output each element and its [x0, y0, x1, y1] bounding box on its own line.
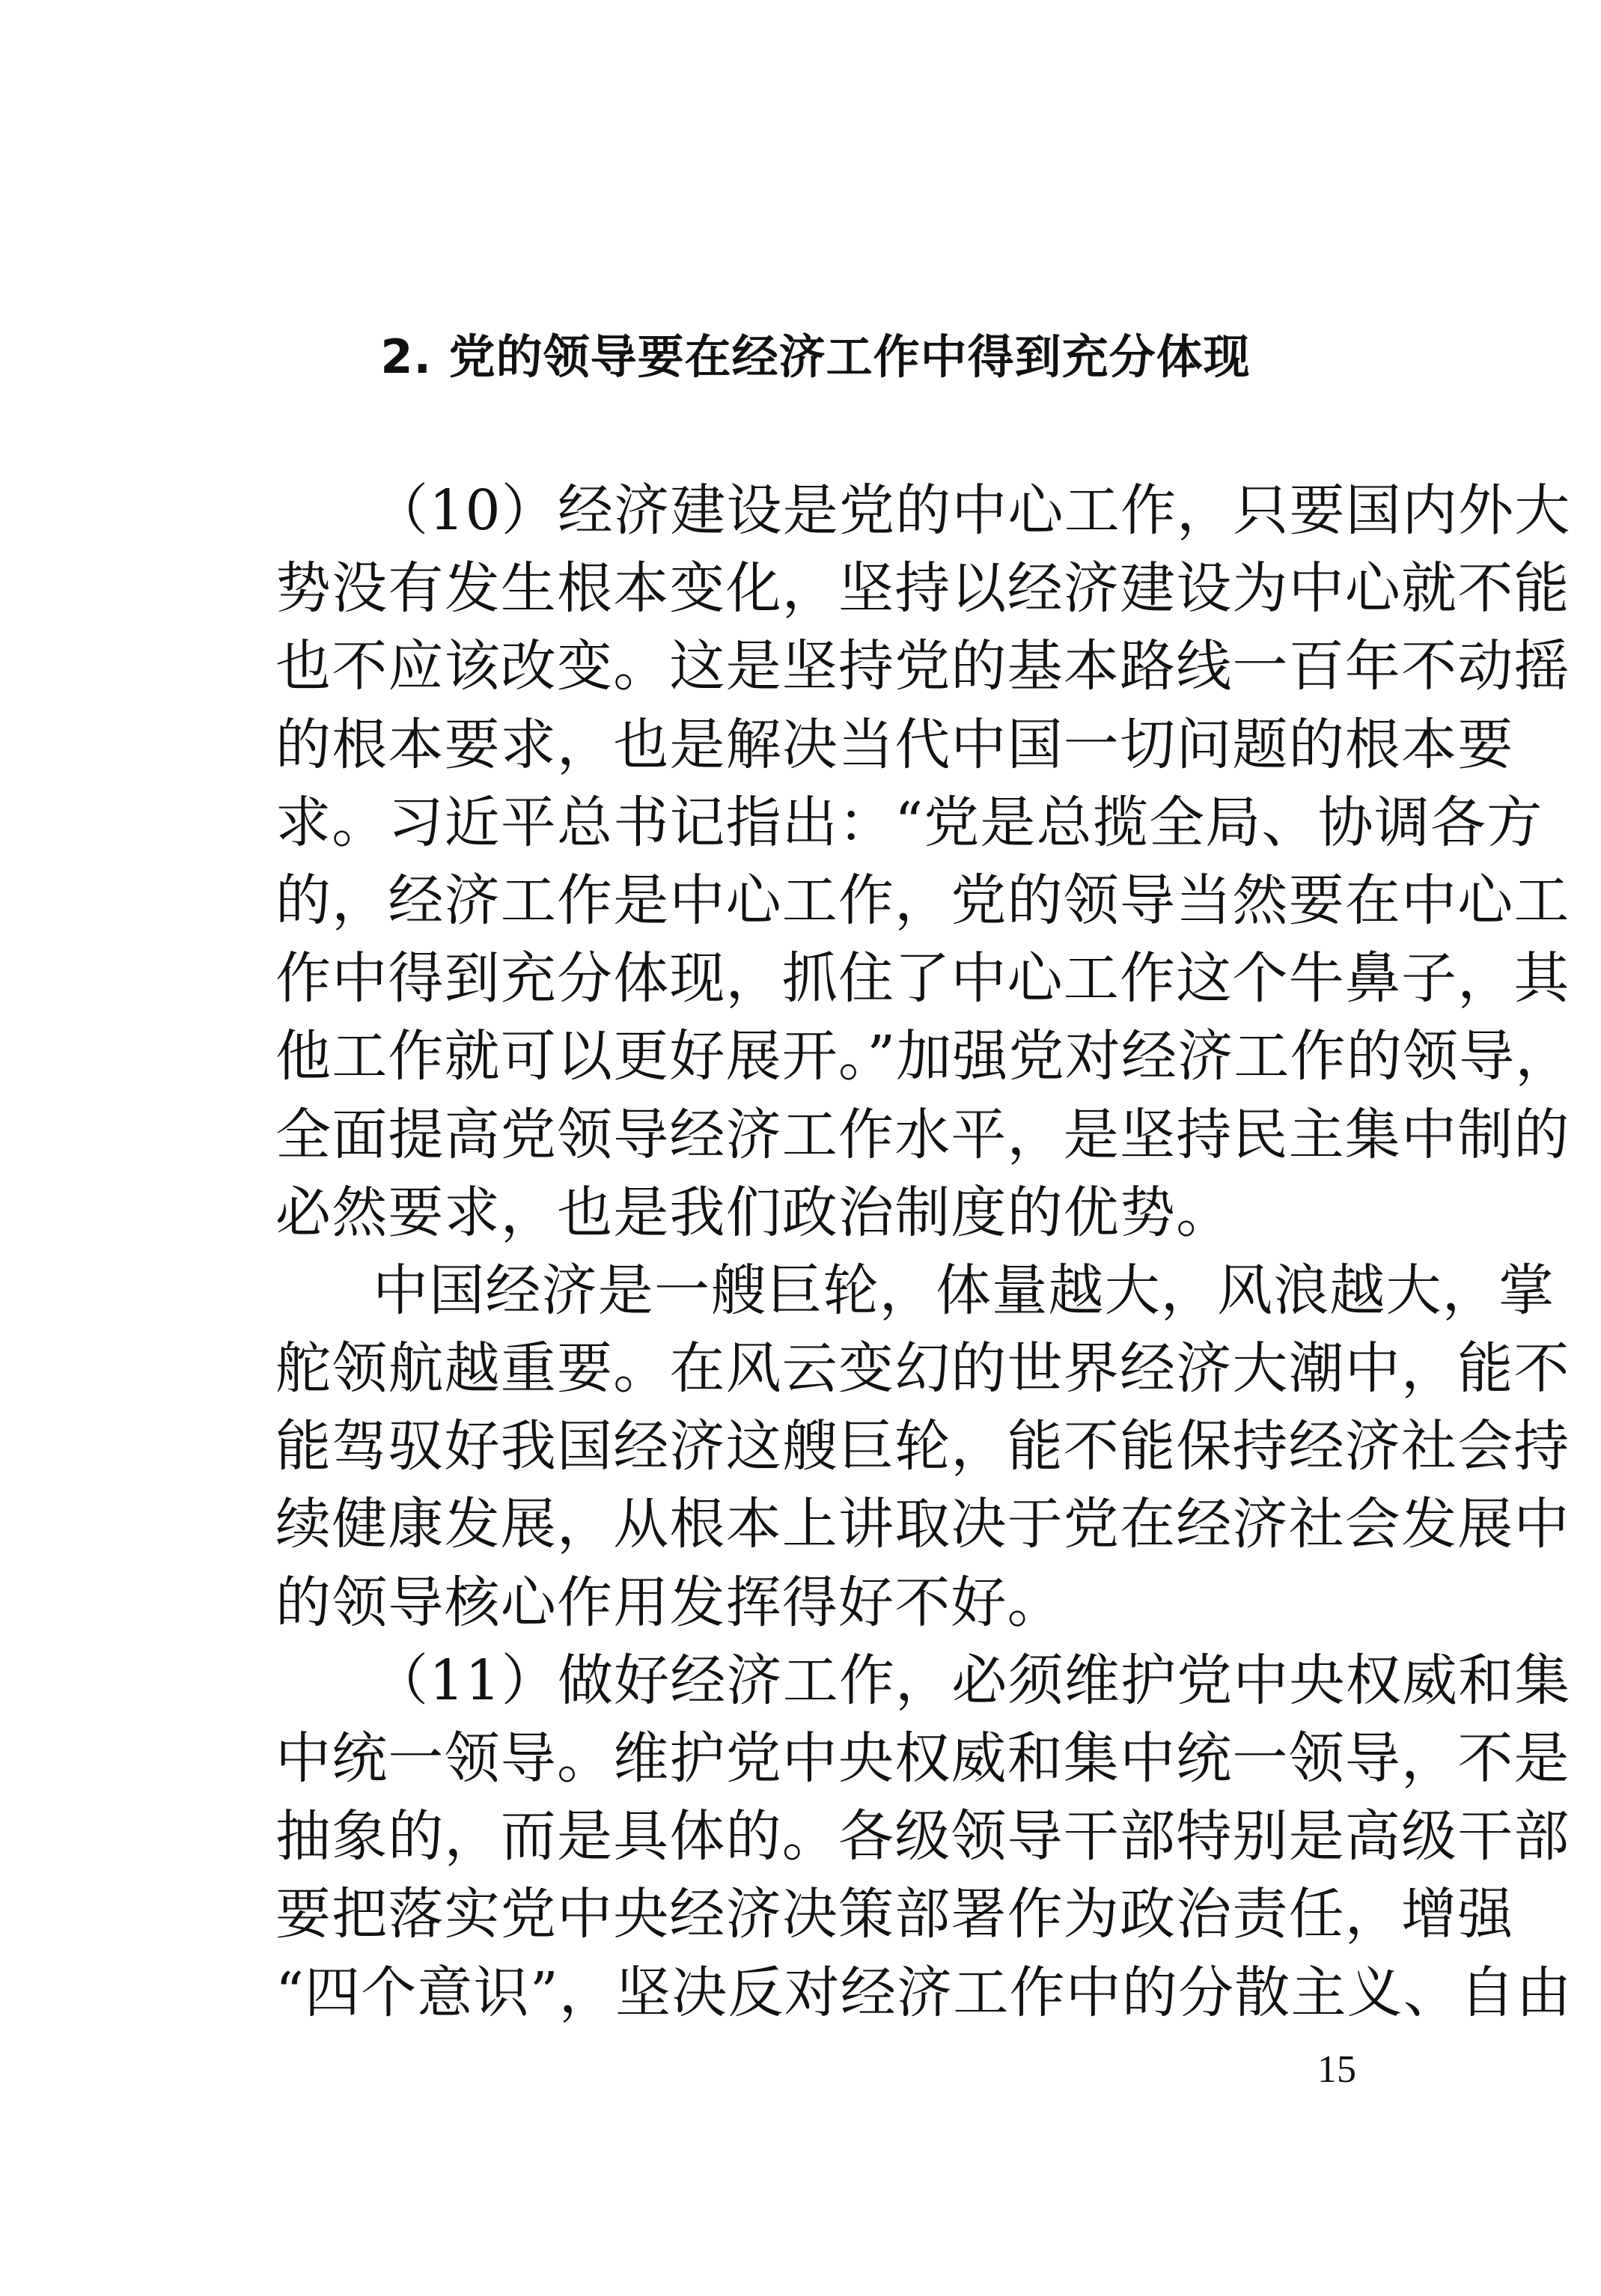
- text-line: 中国经济是一艘巨轮，体量越大，风浪越大，掌: [275, 1252, 1413, 1330]
- text-line: 中统一领导。维护党中央权威和集中统一领导，不是: [275, 1720, 1413, 1797]
- text-line: 势没有发生根本变化，坚持以经济建设为中心就不能: [275, 549, 1413, 627]
- text-line: 舵领航越重要。在风云变幻的世界经济大潮中，能不: [275, 1330, 1413, 1407]
- text-line: 能驾驭好我国经济这艘巨轮，能不能保持经济社会持: [275, 1407, 1413, 1485]
- text-line: 的根本要求，也是解决当代中国一切问题的根本要: [275, 706, 1413, 784]
- section-heading: 2. 党的领导要在经济工作中得到充分体现: [0, 323, 1601, 391]
- text-line: 要把落实党中央经济决策部署作为政治责任，增强: [275, 1875, 1413, 1953]
- text-line: 他工作就可以更好展开。”加强党对经济工作的领导，: [275, 1017, 1413, 1095]
- text-line: （10）经济建设是党的中心工作，只要国内外大: [275, 472, 1413, 549]
- text-line: “四个意识”，坚决反对经济工作中的分散主义、自由: [275, 1954, 1413, 2032]
- paragraph-10: （10）经济建设是党的中心工作，只要国内外大 势没有发生根本变化，坚持以经济建设…: [275, 472, 1413, 1252]
- text-line: 的领导核心作用发挥得好不好。: [275, 1564, 1413, 1642]
- text-line: 必然要求，也是我们政治制度的优势。: [275, 1174, 1413, 1252]
- text-line: 的，经济工作是中心工作，党的领导当然要在中心工: [275, 862, 1413, 940]
- text-line: 也不应该改变。这是坚持党的基本路线一百年不动摇: [275, 627, 1413, 705]
- page-number: 15: [1317, 2047, 1356, 2092]
- body-text: （10）经济建设是党的中心工作，只要国内外大 势没有发生根本变化，坚持以经济建设…: [275, 472, 1413, 2032]
- text-line: 全面提高党领导经济工作水平，是坚持民主集中制的: [275, 1096, 1413, 1174]
- text-line: 续健康发展，从根本上讲取决于党在经济社会发展中: [275, 1485, 1413, 1563]
- text-line: 求。习近平总书记指出：“党是总揽全局、协调各方: [275, 784, 1413, 862]
- paragraph-11: （11）做好经济工作，必须维护党中央权威和集 中统一领导。维护党中央权威和集中统…: [275, 1642, 1413, 2032]
- text-line: 抽象的，而是具体的。各级领导干部特别是高级干部: [275, 1797, 1413, 1875]
- document-page: 2. 党的领导要在经济工作中得到充分体现 （10）经济建设是党的中心工作，只要国…: [0, 0, 1601, 2296]
- paragraph-economy-ship: 中国经济是一艘巨轮，体量越大，风浪越大，掌 舵领航越重要。在风云变幻的世界经济大…: [275, 1252, 1413, 1642]
- text-line: 作中得到充分体现，抓住了中心工作这个牛鼻子，其: [275, 940, 1413, 1017]
- text-line: （11）做好经济工作，必须维护党中央权威和集: [275, 1642, 1413, 1720]
